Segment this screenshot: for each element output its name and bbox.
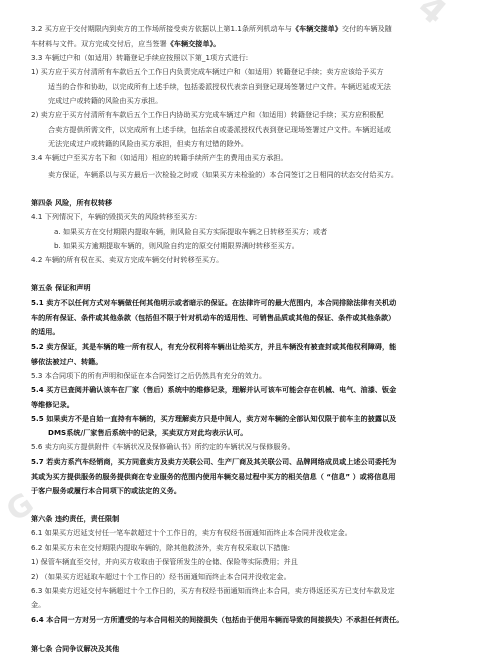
section-7-heading: 第七条 合同争议解决及其他 (31, 644, 119, 654)
clause-3-3-item-2: 无法完成过户或转籍的风险由买方承担，但卖方有过错的除外。 (48, 139, 248, 149)
doc-title-ref: 《车辆交接单》 (292, 24, 342, 33)
clause-5-5: DMS系统/厂家售后系统中的记录，买卖双方对此均表示认可。 (48, 428, 247, 438)
clause-5-7: 5.7 若卖方系汽车经销商，买方同意卖方及卖方关联公司、生产厂商及其关联公司、品… (31, 457, 396, 467)
clause-4-2: 4.2 车辆的所有权在买、卖双方完成车辆交付时转移至买方。 (31, 255, 223, 265)
clause-6-4: 6.4 本合同一方对另一方所遭受的与本合同相关的间接损失（包括由于使用车辆而导致… (31, 615, 403, 625)
clause-text: 车材料与文件。双方完成交付后，应当签署 (31, 39, 167, 48)
clause-5-7: 其或为买方提供服务的服务提供商在专业服务的范围内使用车辆交易过程中买方的相关信息… (31, 472, 396, 482)
clause-5-1: 的适用。 (31, 327, 60, 337)
clause-5-6: 5.6 卖方向买方提供附件《车辆状况及保修确认书》所约定的车辆状况与保修服务。 (31, 442, 295, 452)
clause-3-4-continued: 卖方保证，车辆系以与买方最后一次检验之时或（如果买方未检验的）本合同签订之日相同… (48, 170, 398, 180)
clause-5-2: 5.2 卖方保证，其是车辆的唯一所有权人，有充分权利将车辆出让给买方，并且车辆没… (31, 342, 396, 352)
clause-6-3: 金。 (31, 600, 45, 610)
clause-5-4: 5.4 买方已查阅并确认该车在厂家（售后）系统中的维修记录，理解并认可该车可能会… (31, 385, 396, 395)
clause-6-1: 6.1 如果买方迟延支付任一笔车款超过十个工作日的，卖方有权经书面通知而终止本合… (31, 528, 352, 538)
clause-5-1: 5.1 卖方不以任何方式对车辆做任何其他明示或者暗示的保证。在法律许可的最大范围… (31, 298, 396, 308)
clause-5-1: 车的所有保证、条件或其他条款（包括但不限于针对机动车的适用性、可销售品质或其他的… (31, 313, 395, 323)
clause-4-1-a: a. 如果买方在交付期限内提取车辆，则风险自买方实际提取车辆之日转移至买方；或者 (54, 227, 327, 237)
clause-5-5: 5.5 如果卖方不是自始一直持有车辆的，买方理解卖方只是中间人，卖方对车辆的全部… (31, 414, 396, 424)
clause-6-2: 6.2 如果买方未在交付期限内提取车辆的，除其他救济外，卖方有权采取以下措施: (31, 543, 290, 553)
section-6-heading: 第六条 违约责任，责任限制 (31, 514, 119, 524)
clause-3-3: 3.3 车辆过户和（如适用）转籍登记手续应按照以下第_1项方式进行: (31, 53, 248, 63)
clause-text: 交付的车辆及随 (342, 24, 392, 33)
section-5-heading: 第五条 保证和声明 (31, 283, 91, 293)
clause-6-2-item-1: 1) 保管车辆直至交付，并向买方收取由于保管所发生的仓储、保险等实际费用；并且 (31, 557, 298, 567)
clause-4-1-b: b. 如果买方逾期提取车辆的，则风险自约定的原交付期限界满时转移至买方。 (54, 241, 299, 251)
clause-4-1: 4.1 下列情况下，车辆的毁损灭失的风险转移至买方: (31, 212, 197, 222)
clause-3-3-item-2: 2) 卖方应于买方付清所有车款后五个工作日内协助买方完成车辆过户和（如适用）转籍… (31, 110, 384, 120)
document-page: 4 G 3.2 买方应于交付期限内到卖方的工作场所接受卖方依据以上第1.1条所列… (0, 0, 487, 672)
clause-5-2: 够依法被过户、转籍。 (31, 357, 102, 367)
clause-3-2-line-2: 车材料与文件。双方完成交付后，应当签署《车辆交接单》。 (31, 39, 220, 49)
clause-text: 3.2 买方应于交付期限内到卖方的工作场所接受卖方依据以上第1.1条所列机动车与 (31, 24, 292, 33)
clause-6-2-item-2: 2) （如果买方迟延取车超过十个工作日的）经书面通知而终止本合同并没收定金。 (31, 572, 291, 582)
clause-5-4: 等维修记录。 (31, 400, 74, 410)
watermark: 4 (410, 0, 454, 33)
doc-title-ref: 《车辆交接单》。 (167, 39, 221, 48)
clause-6-3: 6.3 如果卖方迟延交付车辆超过十个工作日的，买方有权经书面通知而终止本合同，卖… (31, 586, 395, 596)
clause-3-4: 3.4 车辆过户至买方名下和（如适用）相应的转籍手续所产生的费用由买方承担。 (31, 153, 288, 163)
clause-3-3-item-1: 适当的合作和协助，以完成所有上述手续，包括委派授权代表亲自到登记现场签署过户文件… (48, 82, 391, 92)
clause-5-7: 于客户服务或履行本合同项下的或法定的义务。 (31, 486, 181, 496)
clause-3-2-line-1: 3.2 买方应于交付期限内到卖方的工作场所接受卖方依据以上第1.1条所列机动车与… (31, 24, 392, 34)
clause-3-3-item-1: 完成过户或转籍的风险由买方承担。 (48, 96, 162, 106)
clause-5-3: 5.3 本合同项下的所有声明和保证在本合同签订之后仍然具有充分的效力。 (31, 371, 266, 381)
clause-3-3-item-1: 1) 买方应于买方付清所有车款后五个工作日内负责完成车辆过户和（如适用）转籍登记… (31, 67, 384, 77)
clause-3-3-item-2: 合卖方提供所需文件，以完成所有上述手续，包括亲自或委派授权代表到登记现场签署过户… (48, 125, 391, 135)
section-4-heading: 第四条 风险，所有权转移 (31, 198, 112, 208)
